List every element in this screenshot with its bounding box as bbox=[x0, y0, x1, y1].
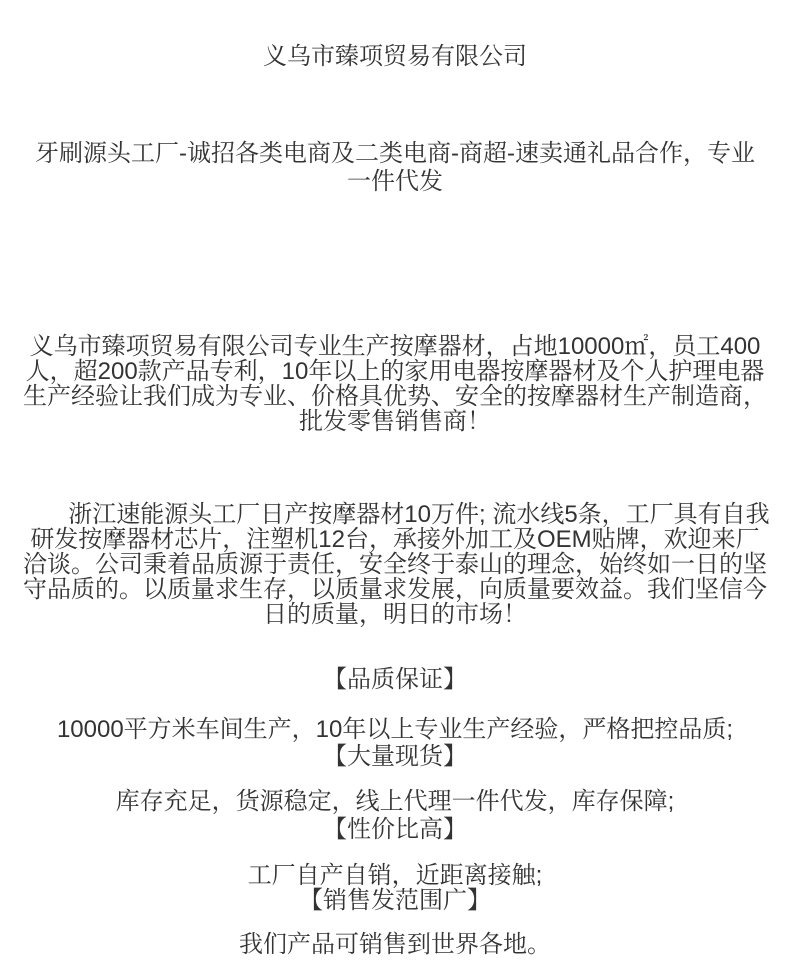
text-line: 批发零售销售商！ bbox=[0, 409, 790, 434]
company-intro-paragraph: 义乌市臻项贸易有限公司专业生产按摩器材，占地10000㎡，员工400 人，超20… bbox=[0, 334, 790, 434]
feature-body-value: 工厂自产自销，近距离接触; bbox=[0, 863, 790, 888]
text-line: 日的质量，明日的市场！ bbox=[0, 602, 790, 627]
feature-body-quality: 10000平方米车间生产，10年以上专业生产经验，严格把控品质; bbox=[0, 717, 790, 742]
feature-body-stock: 库存充足，货源稳定，线上代理一件代发，库存保障; bbox=[0, 789, 790, 814]
text-line: 生产经验让我们成为专业、价格具优势、安全的按摩器材生产制造商， bbox=[0, 384, 790, 409]
feature-heading-quality: 【品质保证】 bbox=[0, 667, 790, 692]
product-description-page: 义乌市臻项贸易有限公司 牙刷源头工厂-诚招各类电商及二类电商-商超-速卖通礼品合… bbox=[0, 0, 790, 976]
text-line: 研发按摩器材芯片，注塑机12台，承接外加工及OEM贴牌，欢迎来厂 bbox=[0, 527, 790, 552]
feature-body-sales-range: 我们产品可销售到世界各地。 bbox=[0, 932, 790, 957]
listing-headline: 牙刷源头工厂-诚招各类电商及二类电商-商超-速卖通礼品合作，专业 一件代发 bbox=[0, 140, 790, 196]
factory-capacity-paragraph: 浙江速能源头工厂日产按摩器材10万件; 流水线5条，工厂具有自我 研发按摩器材芯… bbox=[0, 502, 790, 627]
text-line: 浙江速能源头工厂日产按摩器材10万件; 流水线5条，工厂具有自我 bbox=[0, 502, 790, 527]
text-line: 守品质的。以质量求生存，以质量求发展，向质量要效益。我们坚信今 bbox=[0, 577, 790, 602]
text-line: 义乌市臻项贸易有限公司专业生产按摩器材，占地10000㎡，员工400 bbox=[0, 334, 790, 359]
company-title: 义乌市臻项贸易有限公司 bbox=[0, 44, 790, 69]
text-line: 洽谈。公司秉着品质源于责任，安全终于泰山的理念，始终如一日的坚 bbox=[0, 552, 790, 577]
headline-line: 牙刷源头工厂-诚招各类电商及二类电商-商超-速卖通礼品合作，专业 bbox=[0, 140, 790, 168]
feature-heading-value: 【性价比高】 bbox=[0, 817, 790, 842]
text-line: 人，超200款产品专利，10年以上的家用电器按摩器材及个人护理电器 bbox=[0, 359, 790, 384]
feature-heading-stock: 【大量现货】 bbox=[0, 744, 790, 769]
selling-points: 【品质保证】 10000平方米车间生产，10年以上专业生产经验，严格把控品质; … bbox=[0, 667, 790, 957]
headline-line: 一件代发 bbox=[0, 168, 790, 196]
feature-heading-sales-range: 【销售发范围广】 bbox=[0, 888, 790, 913]
